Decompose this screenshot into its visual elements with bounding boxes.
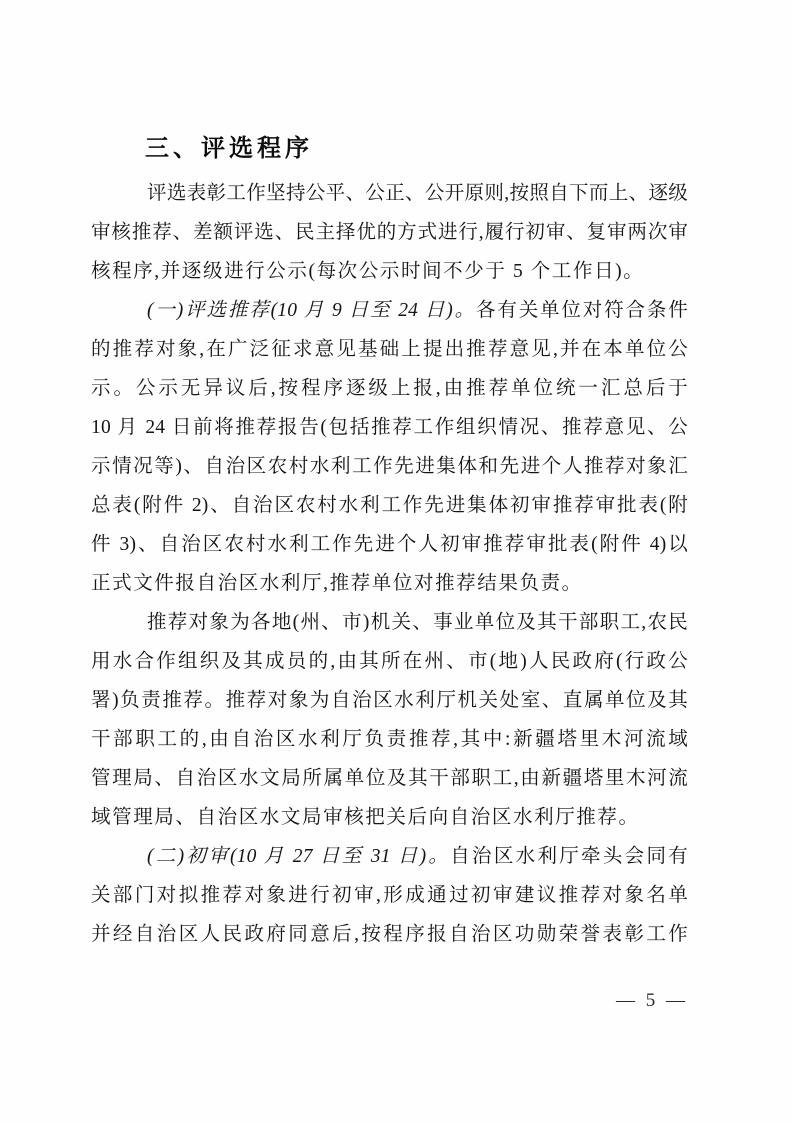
paragraph: 推荐对象为各地(州、市)机关、事业单位及其干部职工,农民 用水合作组织及其成员的… — [91, 603, 688, 837]
body-line: 核程序,并逐级进行公示(每次公示时间不少于 5 个工作日)。 — [91, 252, 688, 291]
body-line: 示。公示无异议后,按程序逐级上报,由推荐单位统一汇总后于 — [91, 369, 688, 408]
line-text: 各有关单位对符合条件 — [476, 300, 688, 321]
body-line: 并经自治区人民政府同意后,按程序报自治区功勋荣誉表彰工作 — [91, 915, 688, 954]
body-line: 示情况等)、自治区农村水利工作先进集体和先进个人推荐对象汇 — [91, 447, 688, 486]
body-line: 总表(附件 2)、自治区农村水利工作先进集体初审推荐审批表(附 — [91, 486, 688, 525]
body-line: 用水合作组织及其成员的,由其所在州、市(地)人民政府(行政公 — [91, 642, 688, 681]
body-line: 域管理局、自治区水文局审核把关后向自治区水利厅推荐。 — [91, 798, 688, 837]
document-page: 三、评选程序 评选表彰工作坚持公平、公正、公开原则,按照自下而上、逐级 审核推荐… — [0, 0, 793, 1122]
body-line: (一)评选推荐(10 月 9 日至 24 日)。各有关单位对符合条件 — [91, 291, 688, 330]
body-line: 件 3)、自治区农村水利工作先进个人初审推荐审批表(附件 4)以 — [91, 525, 688, 564]
body-line: 关部门对拟推荐对象进行初审,形成通过初审建议推荐对象名单 — [91, 876, 688, 915]
body-line: 推荐对象为各地(州、市)机关、事业单位及其干部职工,农民 — [91, 603, 688, 642]
subsection-label: (一)评选推荐(10 月 9 日至 24 日)。 — [147, 300, 476, 321]
body-line: 审核推荐、差额评选、民主择优的方式进行,履行初审、复审两次审 — [91, 213, 688, 252]
paragraph: (一)评选推荐(10 月 9 日至 24 日)。各有关单位对符合条件 的推荐对象… — [91, 291, 688, 603]
body-line: 10 月 24 日前将推荐报告(包括推荐工作组织情况、推荐意见、公 — [91, 408, 688, 447]
body-line: 评选表彰工作坚持公平、公正、公开原则,按照自下而上、逐级 — [91, 174, 688, 213]
body-line: 干部职工的,由自治区水利厅负责推荐,其中:新疆塔里木河流域 — [91, 720, 688, 759]
document-content: 三、评选程序 评选表彰工作坚持公平、公正、公开原则,按照自下而上、逐级 审核推荐… — [91, 132, 688, 954]
page-number: — 5 — — [91, 990, 688, 1012]
paragraph: 评选表彰工作坚持公平、公正、公开原则,按照自下而上、逐级 审核推荐、差额评选、民… — [91, 174, 688, 291]
body-line: 正式文件报自治区水利厅,推荐单位对推荐结果负责。 — [91, 564, 688, 603]
body-line: 管理局、自治区水文局所属单位及其干部职工,由新疆塔里木河流 — [91, 759, 688, 798]
line-text: 自治区水利厅牵头会同有 — [450, 846, 688, 867]
section-heading: 三、评选程序 — [91, 132, 688, 174]
body-line: 署)负责推荐。推荐对象为自治区水利厅机关处室、直属单位及其 — [91, 681, 688, 720]
body-line: 的推荐对象,在广泛征求意见基础上提出推荐意见,并在本单位公 — [91, 330, 688, 369]
body-line: (二)初审(10 月 27 日至 31 日)。自治区水利厅牵头会同有 — [91, 837, 688, 876]
paragraph: (二)初审(10 月 27 日至 31 日)。自治区水利厅牵头会同有 关部门对拟… — [91, 837, 688, 954]
subsection-label: (二)初审(10 月 27 日至 31 日)。 — [147, 846, 450, 867]
